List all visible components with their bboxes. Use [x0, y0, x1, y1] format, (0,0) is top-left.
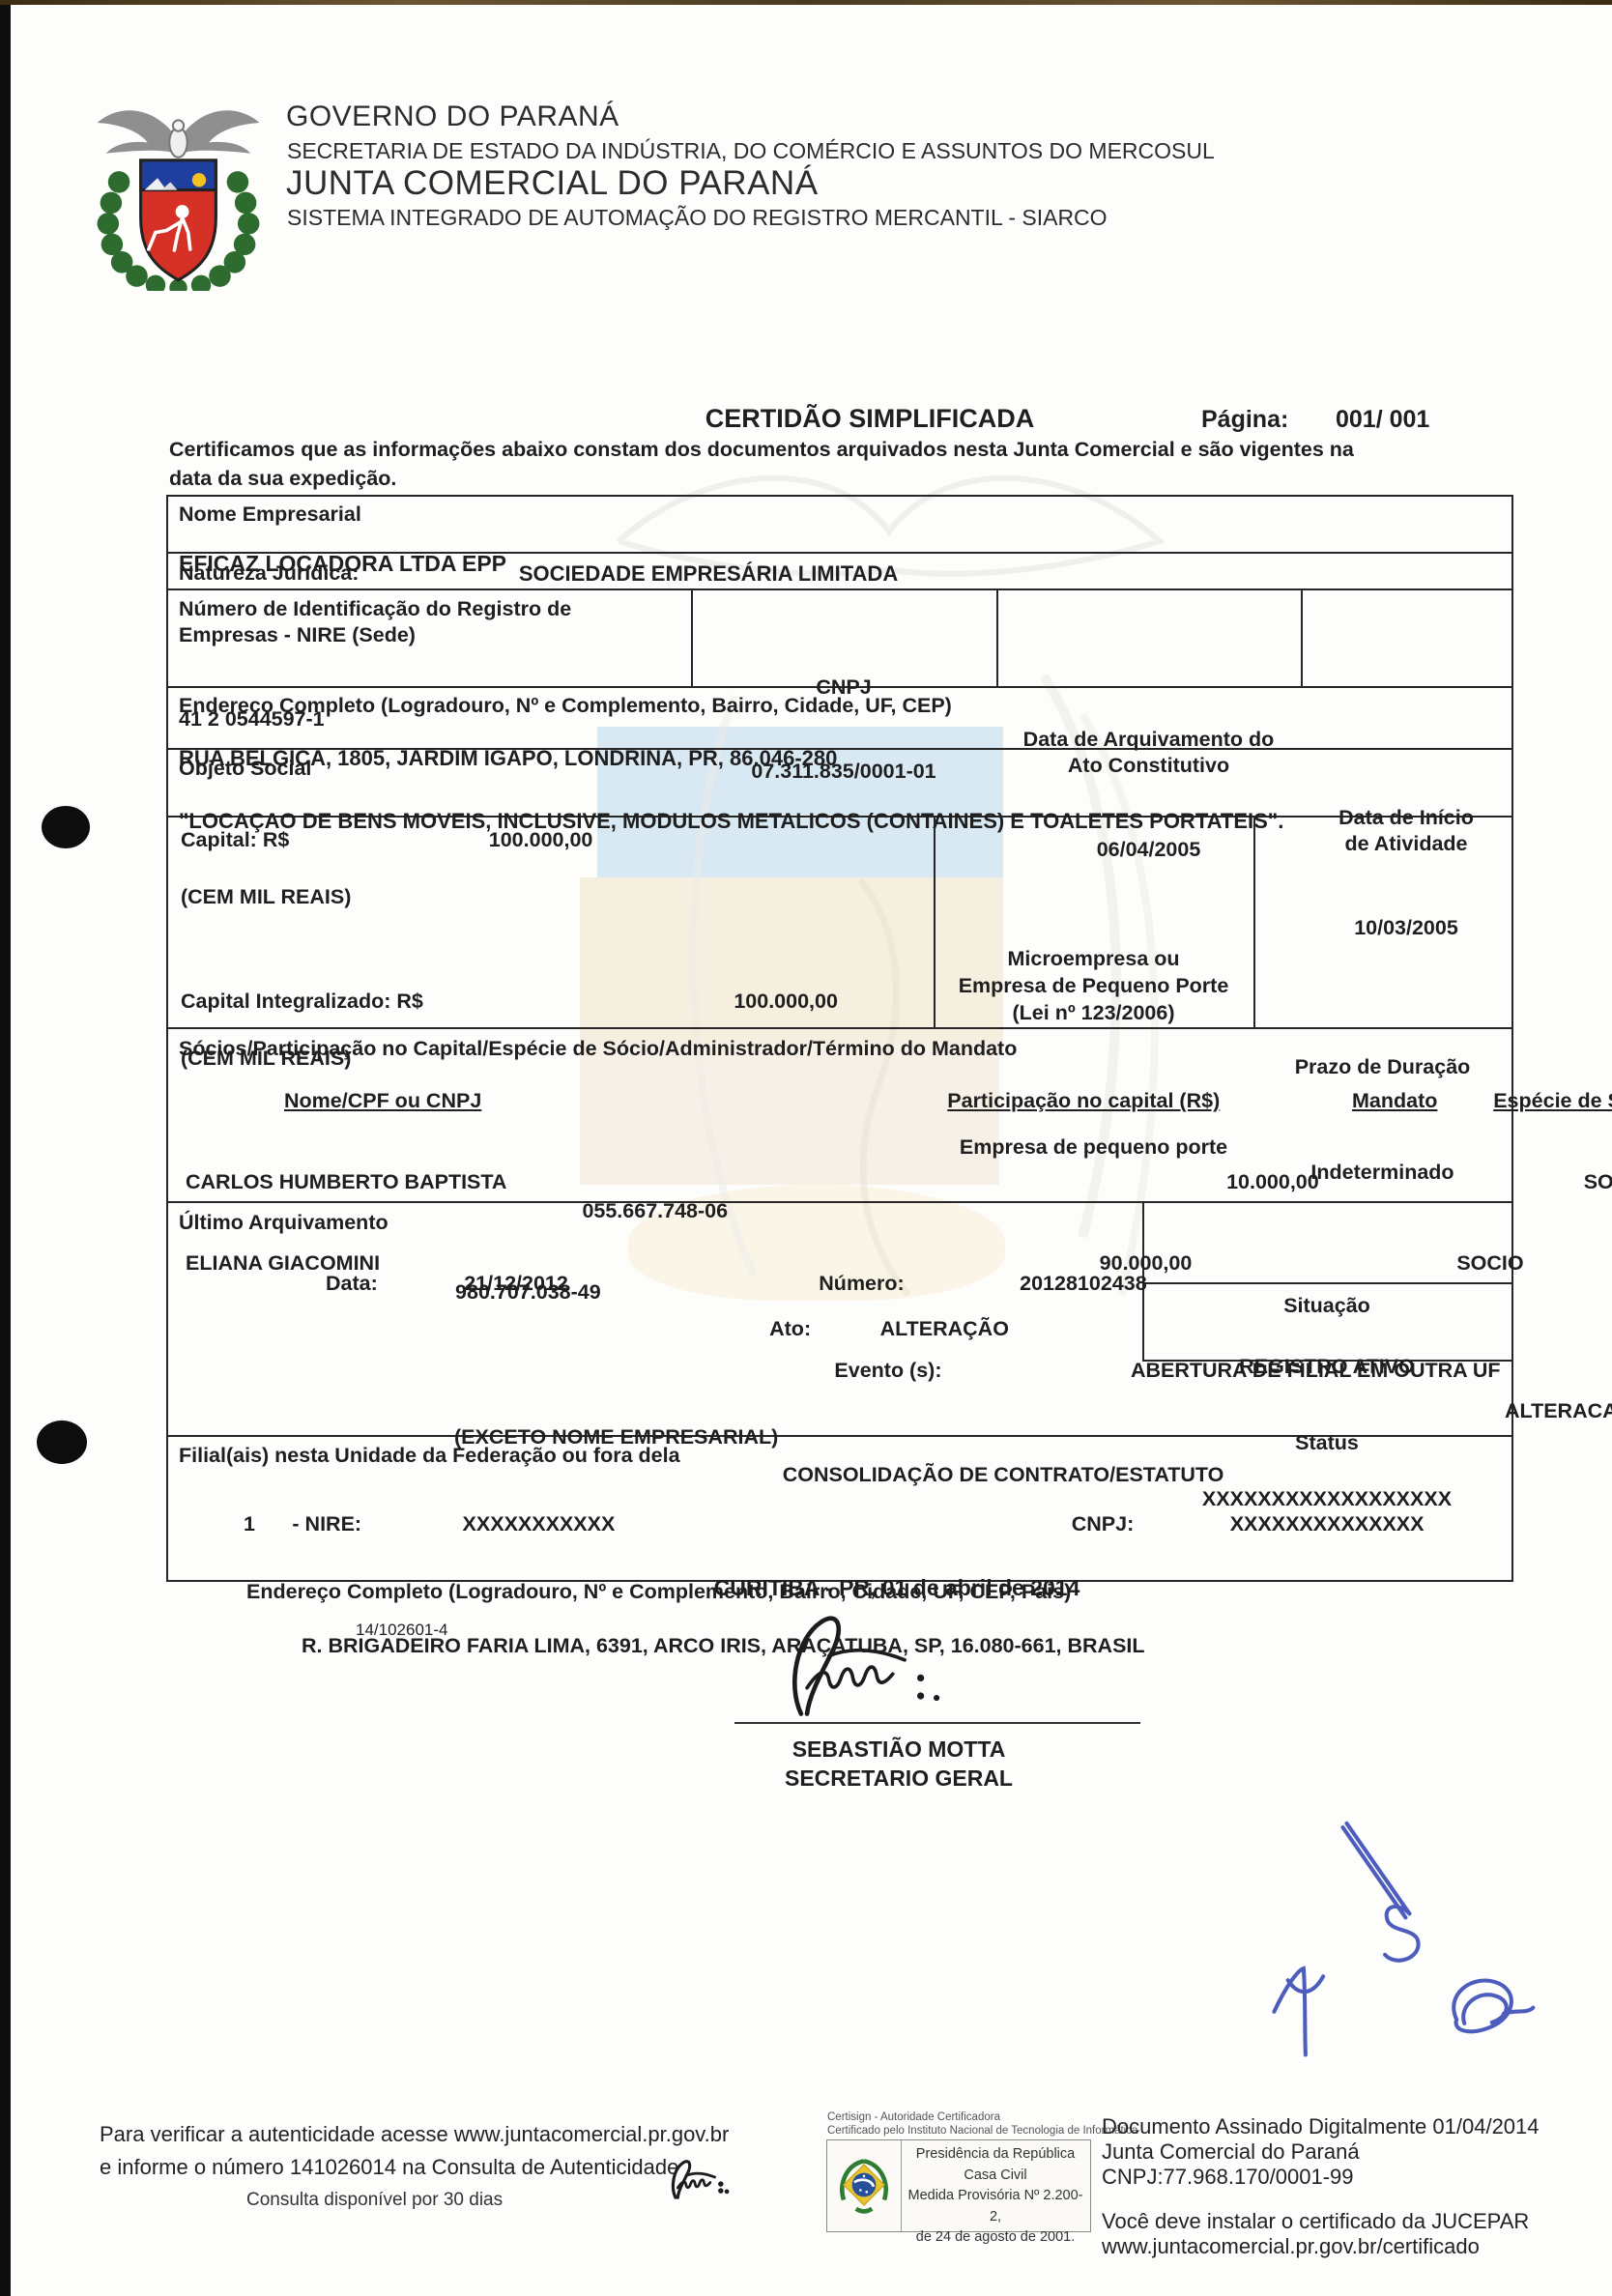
status-value: XXXXXXXXXXXXXXXXXX	[1142, 1486, 1511, 1512]
certification-statement: Certificamos que as informações abaixo c…	[169, 435, 1382, 493]
filial-cnpj-value: XXXXXXXXXXXXXX	[1230, 1512, 1425, 1535]
arquivamento-ato-value: ALTERAÇÃO	[880, 1317, 1009, 1340]
filial-nire-label: - NIRE:	[292, 1512, 361, 1535]
gov-line: GOVERNO DO PARANÁ	[286, 100, 619, 133]
scan-top-edge	[0, 0, 1612, 5]
certificate-notice-line2: www.juntacomercial.pr.gov.br/certificado	[1102, 2234, 1480, 2259]
secretary-signature-icon	[773, 1608, 1092, 1722]
section-endereco-sede: Endereço Completo (Logradouro, Nº e Comp…	[168, 686, 1511, 748]
signer-name: SEBASTIÃO MOTTA	[676, 1736, 1121, 1763]
parana-coat-of-arms-logo	[79, 83, 277, 291]
scanned-certificate-page: GOVERNO DO PARANÁ SECRETARIA DE ESTADO D…	[0, 0, 1612, 2296]
filial-endereco-value: R. BRIGADEIRO FARIA LIMA, 6391, ARCO IRI…	[302, 1633, 1612, 1659]
capital-value: 100.000,00	[489, 828, 593, 851]
arquivamento-data-label: Data:	[326, 1272, 378, 1295]
section-socios: Sócios/Participação no Capital/Espécie d…	[168, 1027, 1511, 1201]
hole-punch-dot-bottom	[37, 1421, 87, 1464]
digitally-signed-line2: Junta Comercial do Paraná	[1102, 2139, 1360, 2165]
socio-participacao: 10.000,00	[1226, 1170, 1319, 1193]
situacao-label: Situação	[1142, 1293, 1511, 1319]
signature-line	[734, 1722, 1140, 1724]
certsign-line1: Certisign - Autoridade Certificadora	[827, 2110, 1000, 2124]
page-number-label: Página:	[1201, 406, 1288, 434]
socio-especie: SOCIO	[1584, 1170, 1612, 1193]
arquivamento-data-value: 21/12/2012	[464, 1272, 568, 1295]
filial-endereco-label: Endereço Completo (Logradouro, Nº e Comp…	[246, 1579, 1590, 1605]
icp-brasil-seal-box: Presidência da República Casa Civil Medi…	[826, 2139, 1091, 2232]
socio-row: ELIANA GIACOMINI 980.707.038-49 90.000,0…	[168, 1134, 1511, 1160]
section-nome-empresarial: Nome Empresarial EFICAZ LOCADORA LTDA EP…	[168, 497, 1511, 552]
auth-instruction-line1: Para verificar a autenticidade acesse ww…	[100, 2122, 729, 2147]
scan-left-edge-bar	[0, 5, 11, 2296]
arquivamento-numero-value: 20128102438	[1020, 1272, 1147, 1295]
document-title: CERTIDÃO SIMPLIFICADA	[580, 404, 1160, 434]
natureza-value: SOCIEDADE EMPRESÁRIA LIMITADA	[519, 561, 898, 586]
filial-item-number: 1	[244, 1512, 255, 1535]
objeto-value: "LOCAÇAO DE BENS MOVEIS, INCLUSIVE, MODU…	[179, 808, 1522, 834]
secretaria-line: SECRETARIA DE ESTADO DA INDÚSTRIA, DO CO…	[287, 138, 1215, 164]
situacao-value: REGISTRO ATIVO	[1142, 1354, 1511, 1380]
signer-title: SECRETARIO GERAL	[676, 1765, 1121, 1792]
certsign-line2: Certificado pelo Instituto Nacional de T…	[827, 2124, 1137, 2138]
siarco-line: SISTEMA INTEGRADO DE AUTOMAÇÃO DO REGIST…	[287, 205, 1108, 231]
endereco-label: Endereço Completo (Logradouro, Nº e Comp…	[179, 693, 1522, 719]
auth-instruction-line2: e informe o número 141026014 na Consulta…	[100, 2155, 678, 2180]
page-number-value: 001/ 001	[1336, 406, 1429, 434]
porte-label: Microempresa ou Empresa de Pequeno Porte…	[934, 945, 1253, 1026]
section-ultimo-arquivamento: Último Arquivamento Data: 21/12/2012 Núm…	[168, 1201, 1511, 1435]
junta-line: JUNTA COMERCIAL DO PARANÁ	[286, 164, 819, 203]
data-arquivamento-value: 06/04/2005	[996, 837, 1301, 863]
situacao-status-divider	[1142, 1282, 1511, 1284]
capital-label: Capital: R$	[181, 828, 289, 851]
seal-divider	[901, 2140, 902, 2231]
column-divider	[1301, 590, 1303, 686]
data-inicio-value: 10/03/2005	[1301, 915, 1511, 941]
column-divider	[996, 590, 998, 686]
socio-especie: SOCIO	[1456, 1251, 1523, 1275]
blue-ink-scribbles	[1247, 1788, 1580, 2068]
capital-extenso: (CEM MIL REAIS)	[181, 884, 1524, 910]
socio-nome: CARLOS HUMBERTO BAPTISTA	[186, 1170, 506, 1193]
certificate-notice-line1: Você deve instalar o certificado da JUCE…	[1102, 2209, 1529, 2234]
filial-title: Filial(ais) nesta Unidade da Federação o…	[179, 1443, 1522, 1469]
digitally-signed-line3: CNPJ:77.968.170/0001-99	[1102, 2165, 1354, 2190]
arquivamento-title: Último Arquivamento	[179, 1210, 1522, 1236]
column-divider	[691, 590, 693, 686]
auth-instruction-line3: Consulta disponível por 30 dias	[246, 2190, 503, 2211]
nome-empresarial-label: Nome Empresarial	[179, 502, 1522, 528]
socios-col-especie: Espécie de Sócio	[1493, 1089, 1612, 1112]
digitally-signed-line1: Documento Assinado Digitalmente 01/04/20…	[1102, 2114, 1540, 2139]
brazil-national-seal	[833, 2154, 895, 2216]
socios-col-participacao: Participação no capital (R$)	[947, 1089, 1220, 1112]
arquivamento-eventos-label: Evento (s):	[834, 1359, 941, 1382]
socios-col-nome: Nome/CPF ou CNPJ	[284, 1089, 481, 1112]
porte-value: Empresa de pequeno porte	[934, 1134, 1253, 1161]
hole-punch-dot-top	[42, 806, 90, 848]
filial-nire-value: XXXXXXXXXXX	[463, 1512, 616, 1535]
objeto-label: Objeto Social	[179, 756, 1522, 782]
filial-cnpj-label: CNPJ:	[1072, 1512, 1135, 1535]
arquivamento-ato-label: Ato:	[769, 1317, 811, 1340]
small-signature-icon	[665, 2147, 786, 2211]
certificate-table: Nome Empresarial EFICAZ LOCADORA LTDA EP…	[166, 495, 1513, 1582]
capital-integralizado-value: 100.000,00	[734, 990, 838, 1013]
section-registro-ids: Número de Identificação do Registro de E…	[168, 588, 1511, 686]
natureza-label: Natureza Jurídica:	[179, 561, 359, 585]
nire-label: Número de Identificação do Registro de E…	[179, 596, 643, 648]
capital-integralizado-label: Capital Integralizado: R$	[181, 990, 423, 1013]
arquivamento-numero-label: Número:	[819, 1272, 904, 1295]
socios-title: Sócios/Participação no Capital/Espécie d…	[179, 1036, 1522, 1062]
seal-text: Presidência da República Casa Civil Medi…	[905, 2144, 1086, 2249]
